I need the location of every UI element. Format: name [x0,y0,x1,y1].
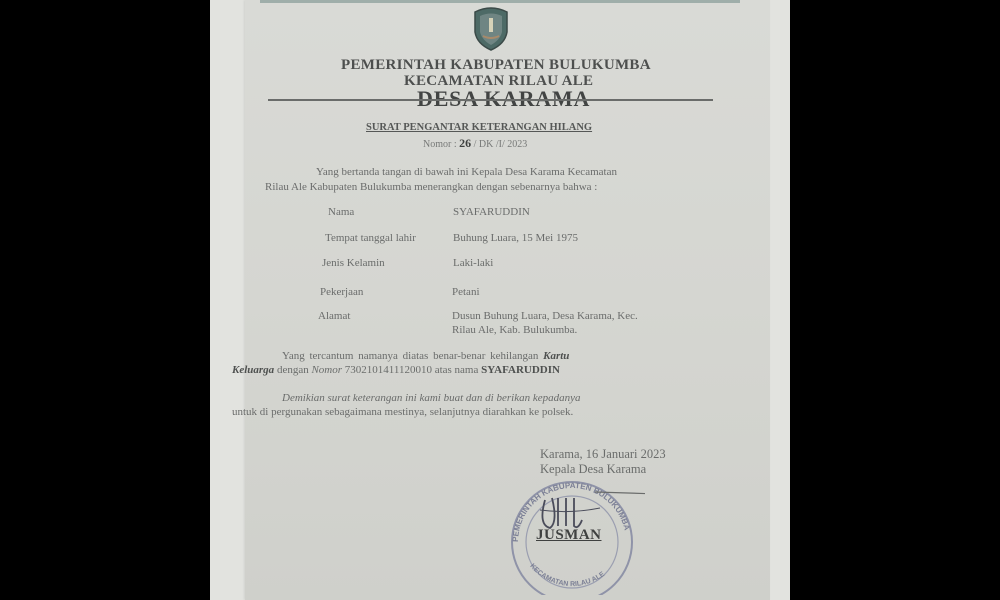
svg-text:KECAMATAN RILAU ALE: KECAMATAN RILAU ALE [528,563,606,588]
signatory-name: JUSMAN [536,527,602,544]
statement-kartu: Kartu [543,350,569,362]
regency-crest-icon [471,6,511,52]
letterhead-divider [268,99,713,101]
closing-line2: untuk di pergunakan sebagaimana mestinya… [232,406,573,418]
field-label-gender: Jenis Kelamin [322,257,385,269]
field-value-ttl: Buhung Luara, 15 Mei 1975 [453,232,578,244]
number-suffix: / DK /I/ 2023 [474,139,528,150]
field-label-nama: Nama [328,206,354,218]
statement-nomor: Nomor [311,364,342,376]
field-value-address-1: Dusun Buhung Luara, Desa Karama, Kec. [452,310,638,322]
intro-line2: Rilau Ale Kabupaten Bulukumba menerangka… [265,181,597,193]
field-value-nama: SYAFARUDDIN [453,206,530,218]
field-label-address: Alamat [318,310,350,322]
statement-line2: Keluarga dengan Nomor 7302101411120010 a… [232,364,560,376]
statement-line1: Yang tercantum namanya diatas benar-bena… [282,350,569,362]
number-label: Nomor : [423,139,457,150]
field-value-gender: Laki-laki [453,257,493,269]
intro-line1: Yang bertanda tangan di bawah ini Kepala… [316,166,617,178]
document-number: Nomor : 26 / DK /I/ 2023 [423,136,527,151]
statement-name: SYAFARUDDIN [481,364,560,376]
field-value-job: Petani [452,286,480,298]
closing-text-1: Demikian surat keterangan ini kami buat … [282,392,580,404]
statement-text-b: dengan [277,364,309,376]
number-value: 26 [459,136,471,150]
paper-top-edge [260,0,740,3]
field-value-address-2: Rilau Ale, Kab. Bulukumba. [452,324,577,336]
statement-text-a: Yang tercantum namanya diatas benar-bena… [282,350,538,362]
closing-line1: Demikian surat keterangan ini kami buat … [282,392,580,404]
field-label-job: Pekerjaan [320,286,363,298]
signature-place-date: Karama, 16 Januari 2023 [540,447,666,462]
letterhead-line1: PEMERINTAH KABUPATEN BULUKUMBA [341,57,651,74]
field-label-ttl: Tempat tanggal lahir [325,232,416,244]
statement-keluarga: Keluarga [232,364,274,376]
statement-text-c: 7302101411120010 atas nama [345,364,479,376]
document-title: SURAT PENGANTAR KETERANGAN HILANG [366,122,592,133]
